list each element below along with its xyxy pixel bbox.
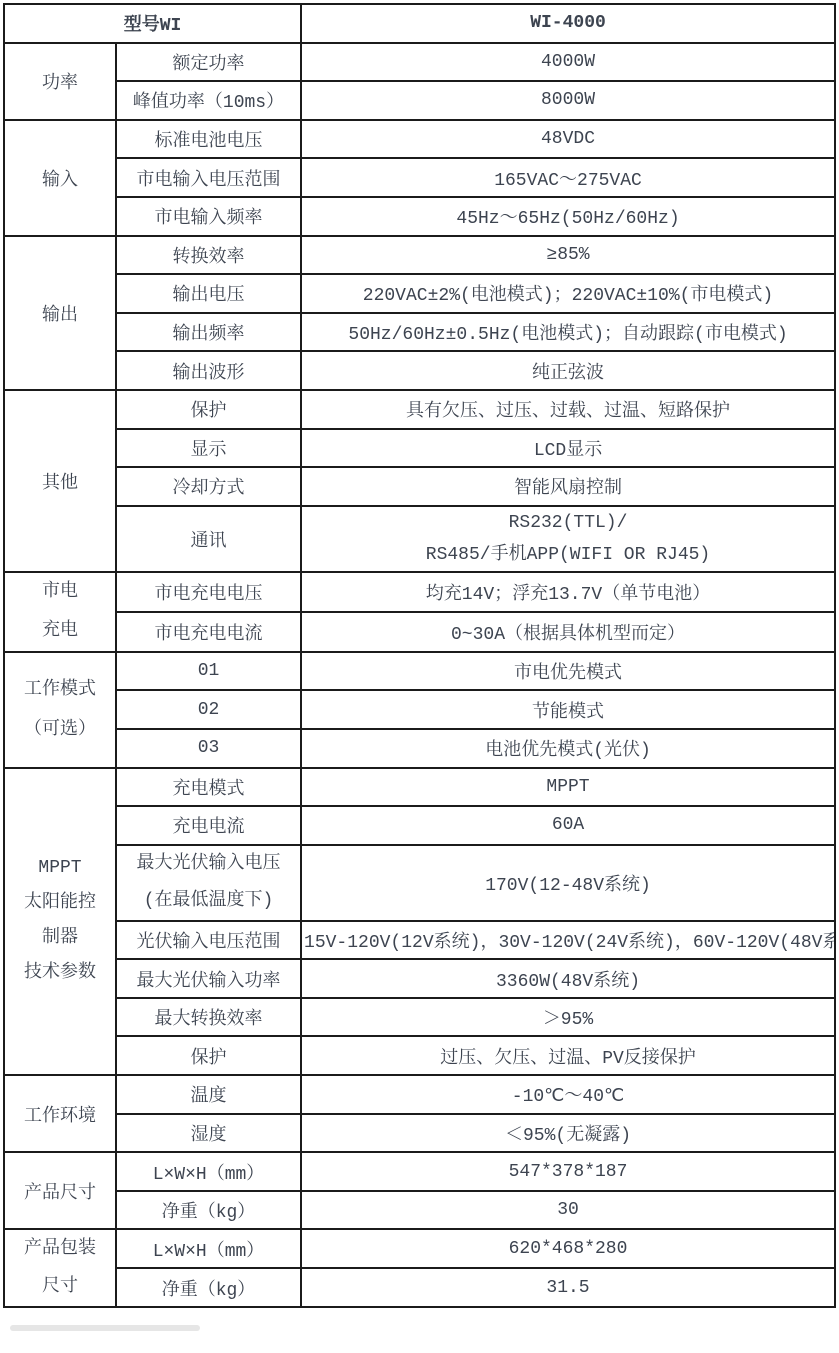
section-label-product-size: 产品尺寸: [4, 1152, 116, 1229]
param-cell: 输出频率: [116, 313, 301, 352]
param-cell: 通讯: [116, 506, 301, 572]
value-cell: -10℃～40℃: [301, 1075, 835, 1114]
table-row: 市电 充电 市电充电电压 均充14V；浮充13.7V（单节电池）: [4, 572, 835, 612]
param-cell: 03: [116, 729, 301, 768]
section-label-power: 功率: [4, 43, 116, 120]
value-cell: MPPT: [301, 768, 835, 807]
param-cell: 温度: [116, 1075, 301, 1114]
value-cell: 均充14V；浮充13.7V（单节电池）: [301, 572, 835, 612]
section-label-other: 其他: [4, 390, 116, 572]
value-cell: 620*468*280: [301, 1229, 835, 1268]
param-cell: L×W×H（mm）: [116, 1229, 301, 1268]
value-cell: 170V(12-48V系统): [301, 845, 835, 921]
table-row: 其他 保护 具有欠压、过压、过载、过温、短路保护: [4, 390, 835, 429]
param-cell: 转换效率: [116, 236, 301, 275]
param-cell: 净重（kg）: [116, 1191, 301, 1230]
section-label-environment: 工作环境: [4, 1075, 116, 1152]
table-row: 产品包装 尺寸 L×W×H（mm） 620*468*280: [4, 1229, 835, 1268]
table-row: 02 节能模式: [4, 690, 835, 729]
selection-artifact-strip: [10, 1325, 200, 1331]
model-header-value: WI-4000: [301, 4, 835, 43]
table-row: 显示 LCD显示: [4, 429, 835, 468]
value-cell: ＜95%(无凝露): [301, 1114, 835, 1153]
value-cell: LCD显示: [301, 429, 835, 468]
table-row: 最大光伏输入功率 3360W(48V系统): [4, 959, 835, 998]
table-row: 峰值功率（10ms） 8000W: [4, 81, 835, 120]
table-row: 光伏输入电压范围 15V-120V(12V系统)，30V-120V(24V系统)…: [4, 921, 835, 960]
param-cell: 最大转换效率: [116, 998, 301, 1037]
value-cell: 纯正弦波: [301, 351, 835, 390]
param-cell: 保护: [116, 1036, 301, 1075]
model-header-label: 型号WI: [4, 4, 301, 43]
param-cell: 最大光伏输入电压 (在最低温度下): [116, 845, 301, 921]
table-row: 净重（kg） 30: [4, 1191, 835, 1230]
value-cell: 0~30A（根据具体机型而定）: [301, 612, 835, 652]
param-cell: 市电充电电压: [116, 572, 301, 612]
value-cell: 4000W: [301, 43, 835, 82]
param-cell: 充电电流: [116, 806, 301, 845]
table-row: 通讯 RS232(TTL)/ RS485/手机APP(WIFI OR RJ45): [4, 506, 835, 572]
param-cell: 市电输入电压范围: [116, 158, 301, 197]
section-label-input: 输入: [4, 120, 116, 236]
value-cell: 过压、欠压、过温、PV反接保护: [301, 1036, 835, 1075]
param-cell: 充电模式: [116, 768, 301, 807]
value-cell: RS232(TTL)/ RS485/手机APP(WIFI OR RJ45): [301, 506, 835, 572]
spec-sheet-page: 型号WI WI-4000 功率 额定功率 4000W 峰值功率（10ms） 80…: [0, 0, 839, 1353]
table-row: 市电输入电压范围 165VAC～275VAC: [4, 158, 835, 197]
param-cell: 01: [116, 652, 301, 691]
param-cell: 保护: [116, 390, 301, 429]
param-cell: 额定功率: [116, 43, 301, 82]
value-cell: 8000W: [301, 81, 835, 120]
value-cell: 220VAC±2%(电池模式)；220VAC±10%(市电模式): [301, 274, 835, 313]
table-header-row: 型号WI WI-4000: [4, 4, 835, 43]
value-cell: 48VDC: [301, 120, 835, 159]
param-cell: 冷却方式: [116, 467, 301, 506]
value-cell: 电池优先模式(光伏): [301, 729, 835, 768]
value-cell: 50Hz/60Hz±0.5Hz(电池模式)；自动跟踪(市电模式): [301, 313, 835, 352]
section-label-ac-charging: 市电 充电: [4, 572, 116, 652]
param-cell: 显示: [116, 429, 301, 468]
table-row: MPPT 太阳能控 制器 技术参数 充电模式 MPPT: [4, 768, 835, 807]
value-cell: 60A: [301, 806, 835, 845]
table-row: 工作环境 温度 -10℃～40℃: [4, 1075, 835, 1114]
param-cell: 输出波形: [116, 351, 301, 390]
table-row: 功率 额定功率 4000W: [4, 43, 835, 82]
value-cell: 30: [301, 1191, 835, 1230]
value-cell: 165VAC～275VAC: [301, 158, 835, 197]
table-row: 输出频率 50Hz/60Hz±0.5Hz(电池模式)；自动跟踪(市电模式): [4, 313, 835, 352]
value-cell: ≥85%: [301, 236, 835, 275]
value-cell: 15V-120V(12V系统)，30V-120V(24V系统)，60V-120V…: [301, 921, 835, 960]
param-cell: 市电输入频率: [116, 197, 301, 236]
section-label-work-modes: 工作模式 （可选）: [4, 652, 116, 768]
table-row: 工作模式 （可选） 01 市电优先模式: [4, 652, 835, 691]
value-cell: 节能模式: [301, 690, 835, 729]
value-cell: 31.5: [301, 1268, 835, 1307]
value-cell: ＞95%: [301, 998, 835, 1037]
param-cell: 湿度: [116, 1114, 301, 1153]
table-row: 输入 标准电池电压 48VDC: [4, 120, 835, 159]
section-label-mppt: MPPT 太阳能控 制器 技术参数: [4, 768, 116, 1076]
table-row: 市电输入频率 45Hz～65Hz(50Hz/60Hz): [4, 197, 835, 236]
table-row: 产品尺寸 L×W×H（mm） 547*378*187: [4, 1152, 835, 1191]
param-cell: 02: [116, 690, 301, 729]
param-cell: 净重（kg）: [116, 1268, 301, 1307]
table-row: 湿度 ＜95%(无凝露): [4, 1114, 835, 1153]
param-cell: 标准电池电压: [116, 120, 301, 159]
table-row: 输出电压 220VAC±2%(电池模式)；220VAC±10%(市电模式): [4, 274, 835, 313]
table-row: 03 电池优先模式(光伏): [4, 729, 835, 768]
param-cell: L×W×H（mm）: [116, 1152, 301, 1191]
table-row: 输出 转换效率 ≥85%: [4, 236, 835, 275]
table-row: 最大光伏输入电压 (在最低温度下) 170V(12-48V系统): [4, 845, 835, 921]
spec-table: 型号WI WI-4000 功率 额定功率 4000W 峰值功率（10ms） 80…: [3, 3, 836, 1308]
value-cell: 具有欠压、过压、过载、过温、短路保护: [301, 390, 835, 429]
table-row: 保护 过压、欠压、过温、PV反接保护: [4, 1036, 835, 1075]
table-row: 市电充电电流 0~30A（根据具体机型而定）: [4, 612, 835, 652]
value-cell: 45Hz～65Hz(50Hz/60Hz): [301, 197, 835, 236]
value-cell: 市电优先模式: [301, 652, 835, 691]
table-row: 充电电流 60A: [4, 806, 835, 845]
section-label-output: 输出: [4, 236, 116, 390]
value-cell: 智能风扇控制: [301, 467, 835, 506]
section-label-package-size: 产品包装 尺寸: [4, 1229, 116, 1307]
param-cell: 峰值功率（10ms）: [116, 81, 301, 120]
table-row: 输出波形 纯正弦波: [4, 351, 835, 390]
value-cell: 547*378*187: [301, 1152, 835, 1191]
table-row: 净重（kg） 31.5: [4, 1268, 835, 1307]
param-cell: 光伏输入电压范围: [116, 921, 301, 960]
param-cell: 市电充电电流: [116, 612, 301, 652]
value-cell: 3360W(48V系统): [301, 959, 835, 998]
param-cell: 最大光伏输入功率: [116, 959, 301, 998]
param-cell: 输出电压: [116, 274, 301, 313]
table-row: 冷却方式 智能风扇控制: [4, 467, 835, 506]
table-row: 最大转换效率 ＞95%: [4, 998, 835, 1037]
